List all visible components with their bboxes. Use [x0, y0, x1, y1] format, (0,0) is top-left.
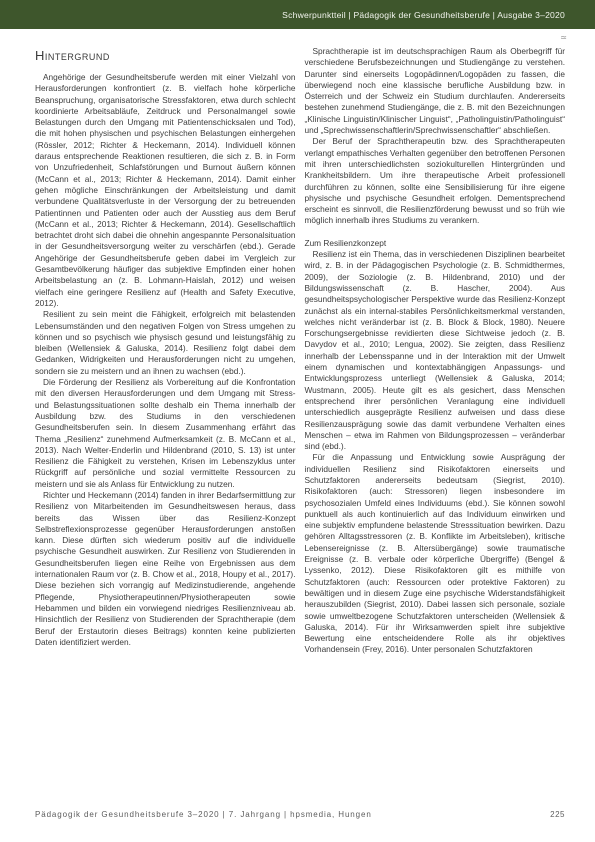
paragraph: Resilient zu sein meint die Fähigkeit, e…	[35, 309, 296, 377]
paragraph: Angehörige der Gesundheitsberufe werden …	[35, 72, 296, 309]
subsection-heading-resilienzkonzept: Zum Resilienzkonzept	[305, 238, 566, 249]
paragraph: Resilienz ist ein Thema, das in verschie…	[305, 249, 566, 452]
right-column: Sprachtherapie ist im deutschsprachigen …	[305, 46, 566, 803]
footer-page-number: 225	[550, 810, 565, 819]
footer-journal-line: Pädagogik der Gesundheitsberufe 3–2020 |…	[35, 810, 372, 819]
paragraph: Richter und Heckemann (2014) fanden in i…	[35, 490, 296, 648]
page-footer: Pädagogik der Gesundheitsberufe 3–2020 |…	[35, 810, 565, 819]
left-column: Hintergrund Angehörige der Gesundheitsbe…	[35, 46, 296, 803]
page-header-bar: Schwerpunktteil | Pädagogik der Gesundhe…	[0, 0, 595, 29]
margin-artifact: ≃	[560, 33, 567, 42]
header-title: Schwerpunktteil | Pädagogik der Gesundhe…	[282, 10, 565, 20]
paragraph: Sprachtherapie ist im deutschsprachigen …	[305, 46, 566, 136]
paragraph: Für die Anpassung und Entwicklung sowie …	[305, 452, 566, 655]
article-body: Hintergrund Angehörige der Gesundheitsbe…	[35, 46, 565, 803]
paragraph: Der Beruf der Sprachtherapeutin bzw. des…	[305, 136, 566, 226]
paragraph: Die Förderung der Resilienz als Vorberei…	[35, 377, 296, 490]
section-heading-hintergrund: Hintergrund	[35, 48, 296, 63]
